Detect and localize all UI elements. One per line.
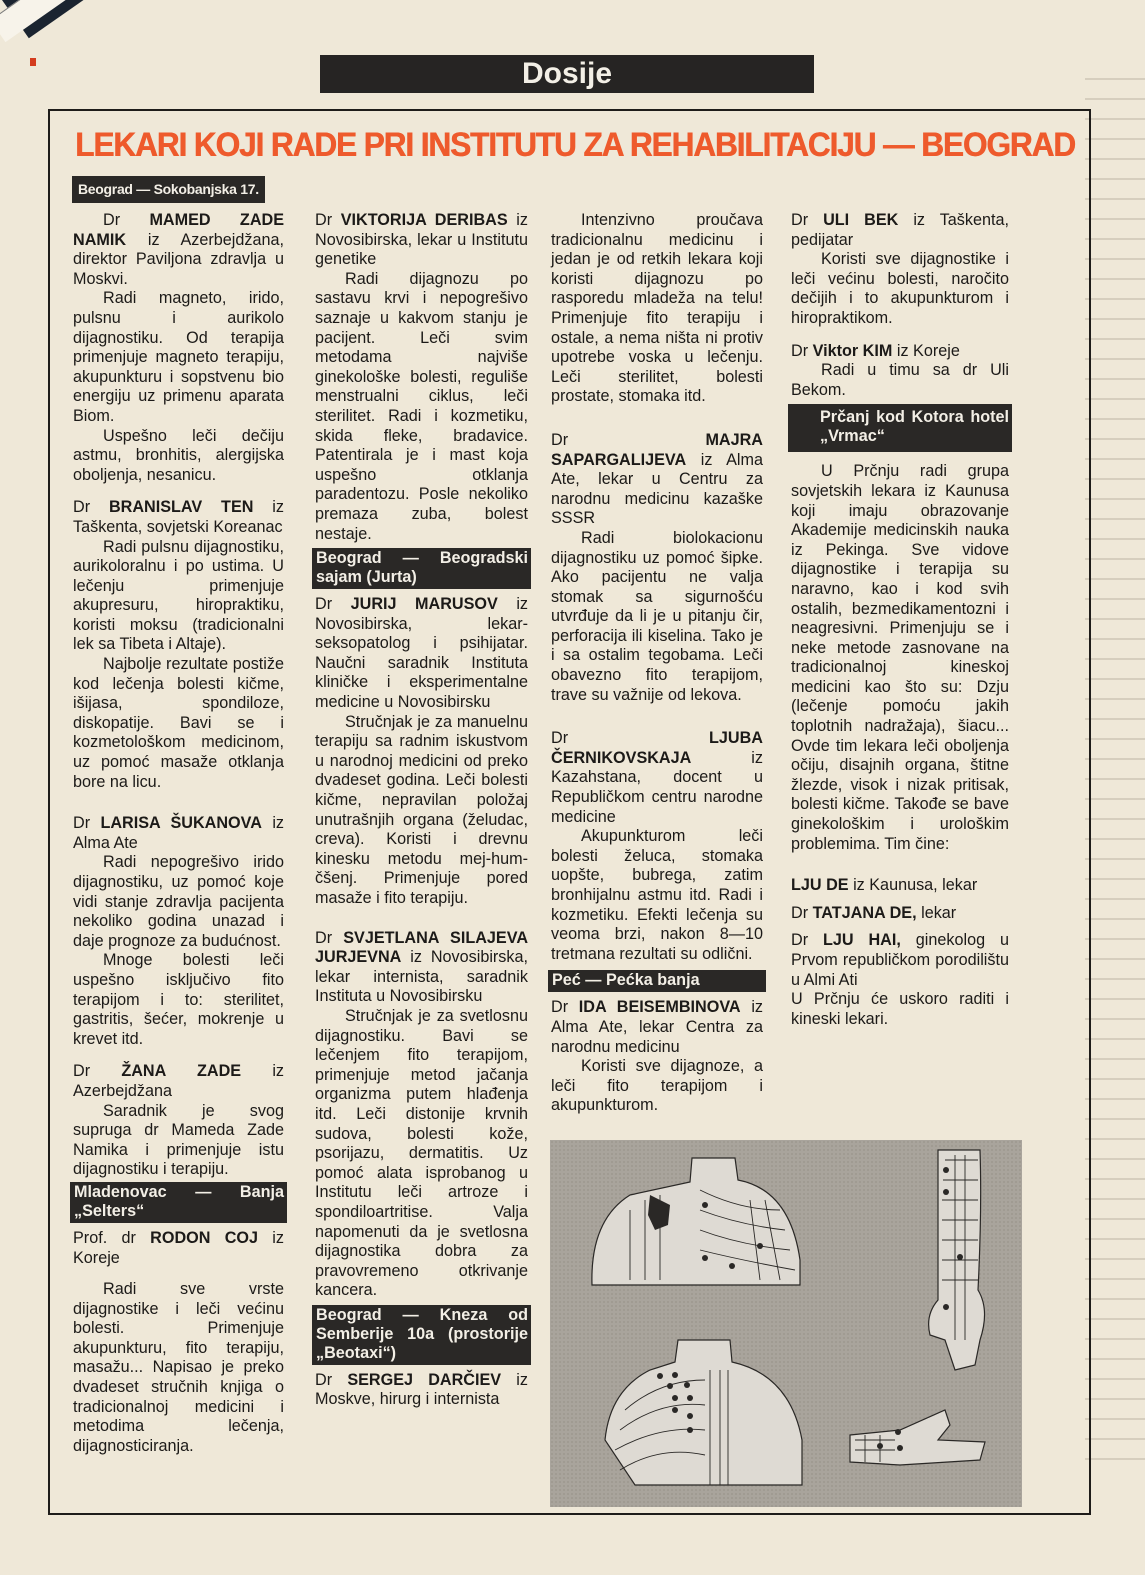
article-headline: LEKARI KOJI RADE PRI INSTITUTU ZA REHABI…: [75, 126, 1005, 170]
location-label: Mladenovac — Banja „Selters“: [70, 1182, 287, 1223]
doctor-name: Viktor KIM: [813, 342, 893, 360]
doctor-name: ŽANA ZADE: [121, 1062, 241, 1080]
doctor-name: SERGEJ DARČIEV: [347, 1371, 501, 1389]
doctor-name: RODON COJ: [150, 1229, 258, 1247]
doctor-entry: Dr VIKTORIJA DERIBAS iz Novosibirska, le…: [315, 211, 528, 544]
doctor-name: ULI BEK: [823, 211, 898, 229]
doctor-entry: Dr JURIJ MARUSOV iz Novosibirska, lekar-…: [315, 595, 528, 909]
doctor-entry: Dr MAJRA SAPARGALIJEVA iz Alma Ate, leka…: [551, 431, 763, 705]
doctor-entry: Dr BRANISLAV TEN iz Taškenta, sovjetski …: [73, 498, 284, 792]
doctor-entry: Dr ULI BEK iz Taškenta, pedijatar Korist…: [791, 211, 1009, 329]
location-label: Prčanj kod Kotora hotel „Vrmac“: [788, 404, 1012, 452]
location-label: Beograd — Kneza od Semberije 10a (prosto…: [312, 1305, 531, 1365]
doctor-name: IDA BEISEMBINOVA: [579, 998, 741, 1016]
doctor-entry: LJU DE iz Kaunusa, lekar: [791, 876, 1009, 896]
location-label: Beograd — Beogradski sajam (Jurta): [312, 548, 531, 589]
doctor-name: TATJANA DE,: [813, 904, 917, 922]
doctor-entry: Dr SERGEJ DARČIEV iz Moskve, hirurg i in…: [315, 1371, 528, 1410]
column-1: Beograd — Sokobanjska 17. Dr MAMED ZADE …: [73, 176, 284, 1469]
doctor-name: LJU HAI,: [823, 931, 901, 949]
doctor-entry: Dr MAMED ZADE NAMIK iz Azerbejdžana, dir…: [73, 211, 284, 485]
group-description: U Prčnju radi grupa sovjetskih lekara iz…: [791, 462, 1009, 854]
acupuncture-illustration: [550, 1140, 1022, 1507]
doctor-entry: Dr ŽANA ZADE iz Azerbejdžana Saradnik je…: [73, 1062, 284, 1180]
doctor-entry: Dr IDA BEISEMBINOVA iz Alma Ate, lekar C…: [551, 998, 763, 1116]
doctor-entry: Dr LARISA ŠUKANOVA iz Alma Ate Radi nepo…: [73, 814, 284, 1049]
doctor-entry: Prof. dr RODON COJ iz Koreje Radi sve vr…: [73, 1229, 284, 1457]
doctor-entry: Dr SVJETLANA SILAJEVA JURJEVNA iz Novosi…: [315, 929, 528, 1301]
location-label: Beograd — Sokobanjska 17.: [72, 176, 265, 203]
doctor-entry: Dr LJUBA ČERNIKOVSKAJA iz Kazahstana, do…: [551, 729, 763, 964]
section-label: Dosije: [320, 55, 814, 93]
column-2: Dr VIKTORIJA DERIBAS iz Novosibirska, le…: [315, 211, 528, 1423]
doctor-name: JURIJ MARUSOV: [351, 595, 498, 613]
column-4: Dr ULI BEK iz Taškenta, pedijatar Korist…: [791, 211, 1009, 1042]
column-3: Intenzivno proučava tradicionalnu medici…: [551, 211, 763, 1129]
bleed-through-text: [1085, 60, 1145, 1460]
doctor-entry: Dr LJU HAI, ginekolog u Prvom republičko…: [791, 931, 1009, 1029]
acupuncture-body-diagram-icon: [550, 1140, 1022, 1507]
doctor-name: LJU DE: [791, 876, 849, 894]
doctor-entry: Dr TATJANA DE, lekar: [791, 904, 1009, 924]
location-label: Peć — Pećka banja: [548, 970, 766, 992]
doctor-name: BRANISLAV TEN: [109, 498, 253, 516]
doctor-name: LARISA ŠUKANOVA: [100, 814, 261, 832]
doctor-name: VIKTORIJA DERIBAS: [341, 211, 508, 229]
doctor-entry: Dr Viktor KIM iz Koreje Radi u timu sa d…: [791, 342, 1009, 401]
page-corner-fold: [0, 0, 140, 100]
doctor-entry-continued: Intenzivno proučava tradicionalnu medici…: [551, 211, 763, 407]
